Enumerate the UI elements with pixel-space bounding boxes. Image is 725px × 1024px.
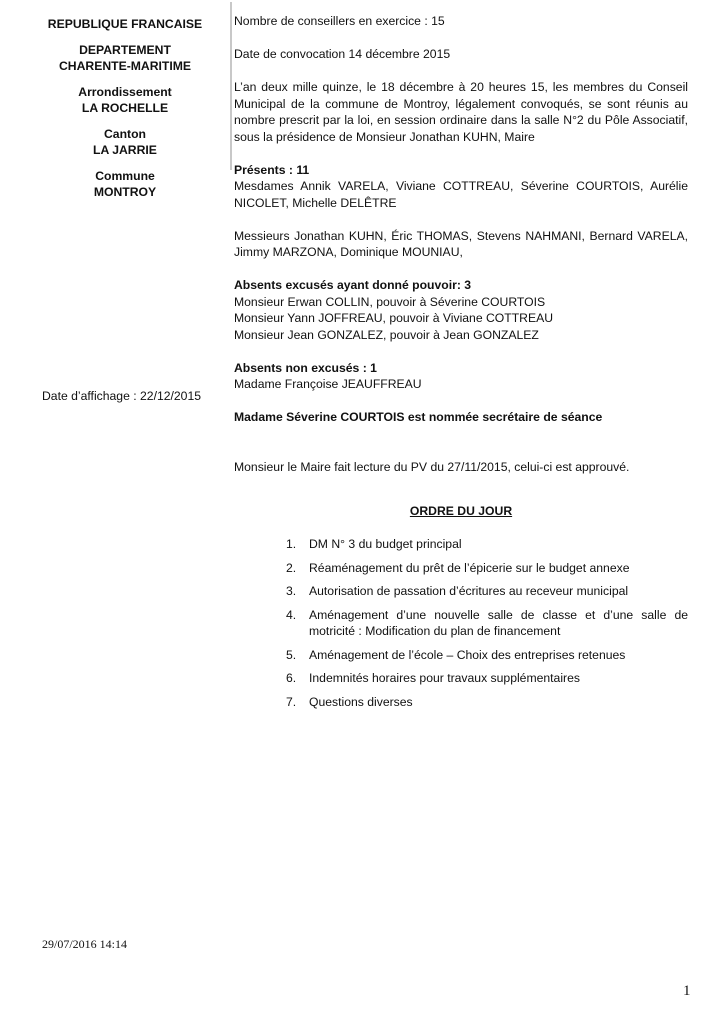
conseillers-count: Nombre de conseillers en exercice : 15 [234, 13, 688, 30]
footer-timestamp: 29/07/2016 14:14 [42, 937, 127, 952]
excuse-item: Monsieur Jean GONZALEZ, pouvoir à Jean G… [234, 327, 688, 344]
agenda-item: 5.Aménagement de l’école – Choix des ent… [234, 647, 688, 664]
agenda-item: 4.Aménagement d’une nouvelle salle de cl… [234, 607, 688, 640]
excuse-item: Monsieur Yann JOFFREAU, pouvoir à Vivian… [234, 310, 688, 327]
arrondissement-label: Arrondissement [30, 84, 220, 101]
commune: MONTROY [30, 184, 220, 201]
non-excuses-title: Absents non excusés : 1 [234, 360, 688, 377]
departement: CHARENTE-MARITIME [30, 58, 220, 75]
agenda-item: 2.Réaménagement du prêt de l’épicerie su… [234, 560, 688, 577]
arrondissement-block: Arrondissement LA ROCHELLE [30, 84, 220, 117]
republique: REPUBLIQUE FRANCAISE [30, 16, 220, 33]
page-number: 1 [683, 983, 691, 1000]
convocation-date: Date de convocation 14 décembre 2015 [234, 46, 688, 63]
agenda-title: ORDRE DU JOUR [234, 503, 688, 520]
agenda-item: 1.DM N° 3 du budget principal [234, 536, 688, 553]
presents-mesdames: Mesdames Annik VARELA, Viviane COTTREAU,… [234, 178, 688, 211]
margin-bar [230, 2, 232, 170]
agenda-item: 3.Autorisation de passation d’écritures … [234, 583, 688, 600]
header-left: REPUBLIQUE FRANCAISE DEPARTEMENT CHARENT… [30, 16, 220, 210]
excuses-title: Absents excusés ayant donné pouvoir: 3 [234, 277, 688, 294]
departement-block: DEPARTEMENT CHARENTE-MARITIME [30, 42, 220, 75]
presents-title: Présents : 11 [234, 162, 688, 179]
agenda-item: 6.Indemnités horaires pour travaux suppl… [234, 670, 688, 687]
commune-label: Commune [30, 168, 220, 185]
departement-label: DEPARTEMENT [30, 42, 220, 59]
canton-label: Canton [30, 126, 220, 143]
presents-messieurs: Messieurs Jonathan KUHN, Éric THOMAS, St… [234, 228, 688, 261]
agenda-item: 7.Questions diverses [234, 694, 688, 711]
main-content: Nombre de conseillers en exercice : 15 D… [234, 13, 688, 717]
commune-block: Commune MONTROY [30, 168, 220, 201]
agenda-list: 1.DM N° 3 du budget principal 2.Réaménag… [234, 536, 688, 710]
date-affichage: Date d’affichage : 22/12/2015 [42, 389, 201, 403]
canton-block: Canton LA JARRIE [30, 126, 220, 159]
intro-paragraph: L’an deux mille quinze, le 18 décembre à… [234, 79, 688, 145]
non-excuse-item: Madame Françoise JEAUFFREAU [234, 376, 688, 393]
secretaire-seance: Madame Séverine COURTOIS est nommée secr… [234, 409, 688, 426]
canton: LA JARRIE [30, 142, 220, 159]
pv-approval: Monsieur le Maire fait lecture du PV du … [234, 459, 688, 476]
excuse-item: Monsieur Erwan COLLIN, pouvoir à Séverin… [234, 294, 688, 311]
arrondissement: LA ROCHELLE [30, 100, 220, 117]
